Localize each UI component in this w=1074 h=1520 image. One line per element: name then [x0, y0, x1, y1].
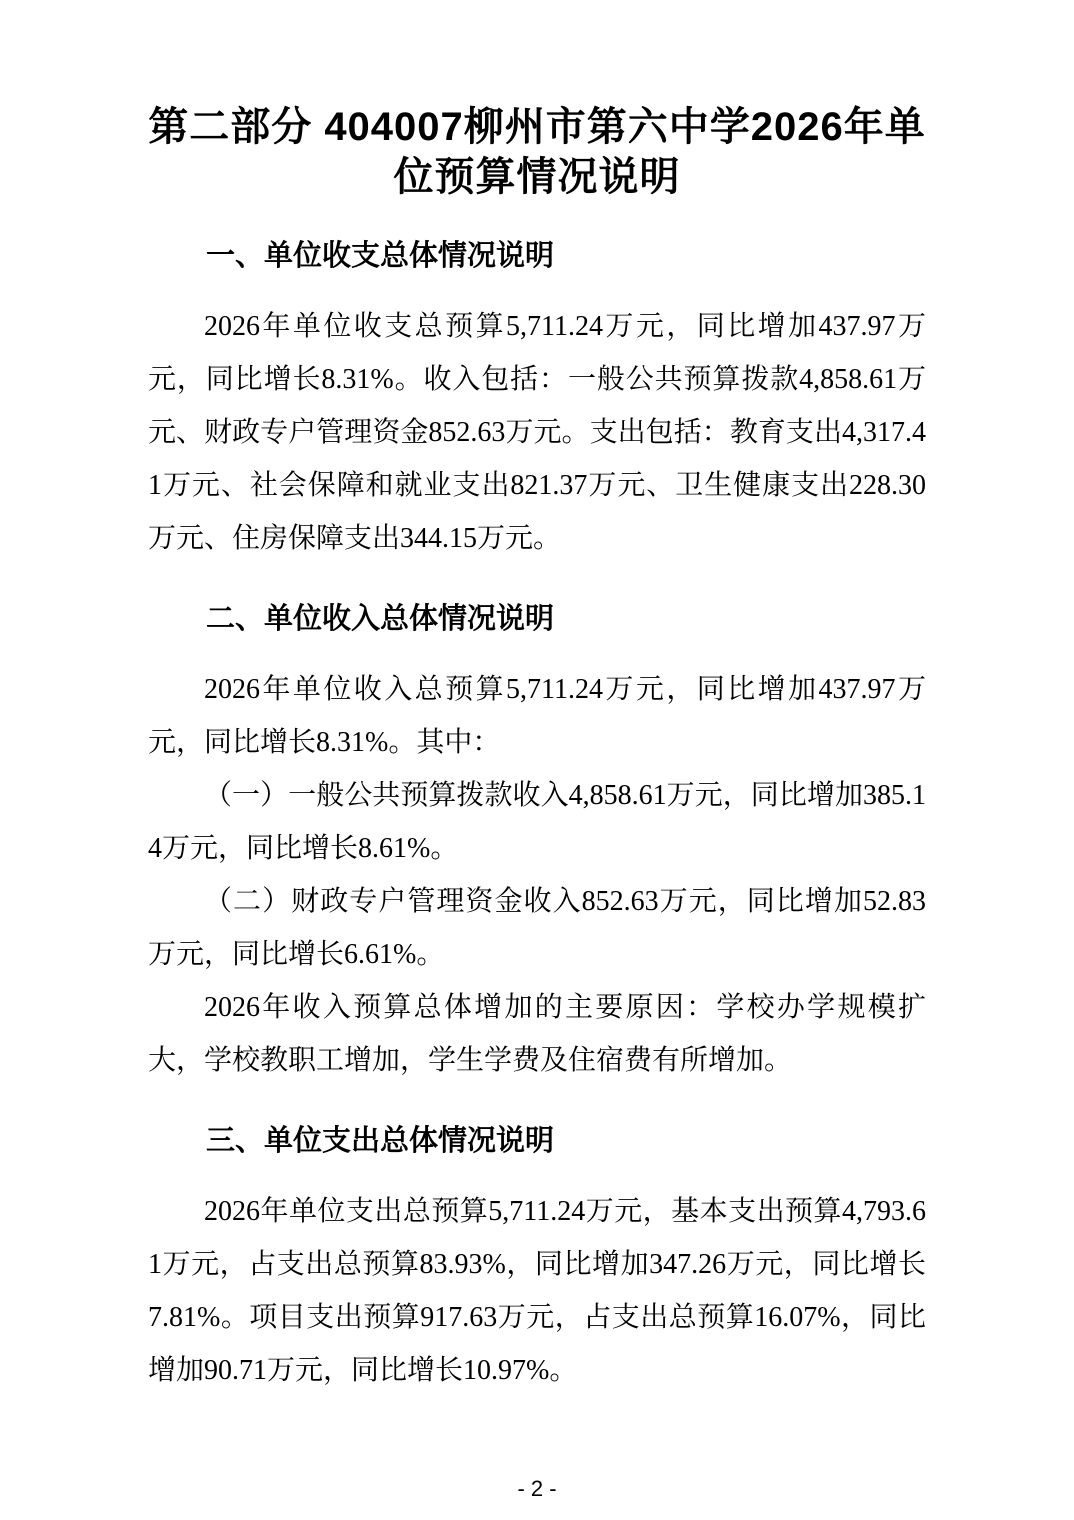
- paragraph: （一）一般公共预算拨款收入4,858.61万元，同比增加385.14万元，同比增…: [148, 769, 926, 875]
- paragraph: （二）财政专户管理资金收入852.63万元，同比增加52.83万元，同比增长6.…: [148, 875, 926, 981]
- paragraph: 2026年单位支出总预算5,711.24万元，基本支出预算4,793.61万元，…: [148, 1185, 926, 1397]
- paragraph: 2026年单位收入总预算5,711.24万元，同比增加437.97万元，同比增长…: [148, 663, 926, 769]
- paragraph: 2026年单位收支总预算5,711.24万元，同比增加437.97万元，同比增长…: [148, 300, 926, 565]
- document-page: 第二部分 404007柳州市第六中学2026年单位预算情况说明 一、单位收支总体…: [0, 0, 1074, 1520]
- section-overall-revenue-expenditure: 一、单位收支总体情况说明 2026年单位收支总预算5,711.24万元，同比增加…: [148, 236, 926, 565]
- section-overall-expenditure: 三、单位支出总体情况说明 2026年单位支出总预算5,711.24万元，基本支出…: [148, 1121, 926, 1397]
- section-heading-2: 二、单位收入总体情况说明: [148, 599, 926, 639]
- page-number: - 2 -: [0, 1476, 1074, 1502]
- section-heading-1: 一、单位收支总体情况说明: [148, 236, 926, 276]
- section-overall-revenue: 二、单位收入总体情况说明 2026年单位收入总预算5,711.24万元，同比增加…: [148, 599, 926, 1087]
- paragraph: 2026年收入预算总体增加的主要原因：学校办学规模扩大，学校教职工增加，学生学费…: [148, 981, 926, 1087]
- section-heading-3: 三、单位支出总体情况说明: [148, 1121, 926, 1161]
- document-title: 第二部分 404007柳州市第六中学2026年单位预算情况说明: [148, 102, 926, 202]
